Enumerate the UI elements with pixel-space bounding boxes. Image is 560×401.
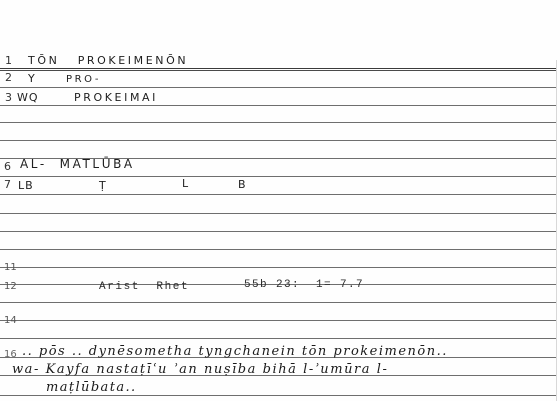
index-card: 1 TŌN PROKEIMENŌN 2 Y PRO- 3 WQ PROKEIMA… (0, 0, 560, 401)
line-number: 11 (4, 263, 17, 273)
line-number: 7 (4, 179, 11, 190)
rule-line (0, 338, 557, 339)
line-number: 6 (4, 161, 11, 172)
line-3-root: WQ (17, 92, 39, 103)
rule-line (0, 231, 557, 232)
rule-line (0, 302, 557, 303)
arabic-transliteration-continued: maṭlūbata.. (46, 381, 137, 394)
line-7-t: Ṭ (99, 180, 108, 191)
rule-line (0, 140, 557, 141)
source-title: Arist Rhet (99, 282, 189, 293)
line-1-text: TŌN PROKEIMENŌN (28, 55, 188, 66)
line-number: 3 (5, 92, 12, 103)
line-7-root: LB (18, 180, 34, 191)
rule-line (0, 320, 557, 321)
line-number: 16 (4, 350, 17, 360)
rule-line (0, 395, 557, 396)
source-reference: 55b 23: 1= 7.7 (244, 280, 364, 291)
line-7-l: L (182, 178, 191, 189)
header-rule (0, 68, 557, 69)
rule-line (0, 105, 557, 106)
rule-line (0, 267, 557, 268)
line-3-text: PROKEIMAI (74, 92, 158, 103)
line-6-text: AL- MATLŪBA (20, 158, 135, 170)
rule-line (0, 249, 557, 250)
rule-line (0, 213, 557, 214)
line-2-text: PRO- (66, 75, 101, 85)
rule-line (0, 122, 557, 123)
line-number: 12 (4, 282, 17, 292)
rule-line (0, 87, 557, 88)
card-edge (556, 60, 557, 401)
line-2-root: Y (28, 73, 37, 84)
greek-transliteration: .. pōs .. dynēsometha tyngchanein tōn pr… (22, 345, 448, 358)
rule-line (0, 194, 557, 195)
line-number: 2 (5, 72, 12, 83)
line-number: 1 (5, 55, 12, 66)
rule-line (0, 176, 557, 177)
arabic-transliteration: wa- Kayfa nastaṭīʿu ʾan nuṣība bihā l-ʾu… (12, 363, 388, 376)
line-number: 14 (4, 316, 17, 326)
line-7-b: B (238, 179, 248, 190)
